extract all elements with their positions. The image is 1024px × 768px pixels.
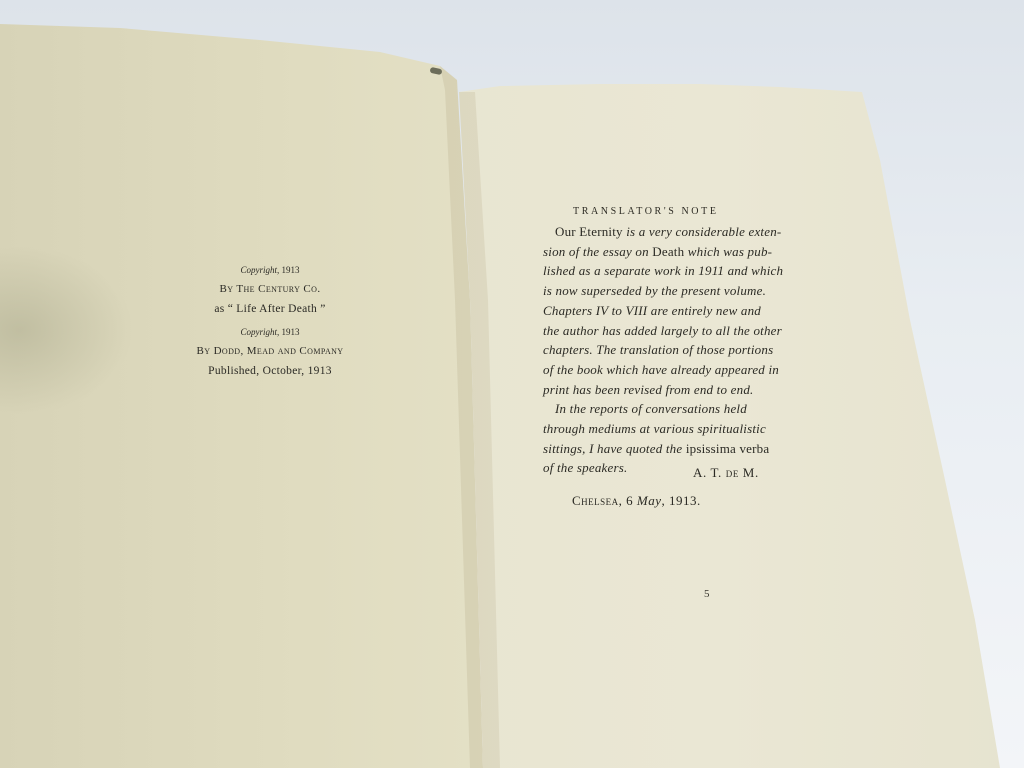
text-fragment: which was pub- bbox=[684, 244, 772, 259]
copyright-line-1: Copyright, 1913 bbox=[180, 264, 360, 276]
text-fragment: is a very considerable exten- bbox=[623, 224, 782, 239]
dateline-place: Chelsea bbox=[572, 493, 619, 508]
original-title-note: as “ Life After Death ” bbox=[180, 302, 360, 316]
copyright-label: Copyright bbox=[240, 265, 277, 275]
book-photo: Copyright, 1913 By The Century Co. as “ … bbox=[0, 0, 1024, 768]
text-line: sion of the essay on Death which was pub… bbox=[543, 242, 805, 262]
translator-signature: A. T. de M. bbox=[693, 465, 759, 481]
copyright-line-2: Copyright, 1913 bbox=[180, 326, 360, 338]
page-number: 5 bbox=[704, 588, 710, 600]
publication-date: Published, October, 1913 bbox=[180, 364, 360, 378]
dateline-year: , 1913. bbox=[662, 493, 701, 508]
copyright-year: , 1913 bbox=[277, 265, 300, 275]
publisher-dodd-mead: By Dodd, Mead and Company bbox=[180, 344, 360, 358]
dateline: Chelsea, 6 May, 1913. bbox=[572, 493, 701, 509]
page-heading: Translator's Note bbox=[573, 206, 719, 217]
text-line: is now superseded by the present volume. bbox=[543, 281, 805, 301]
latin-phrase: ipsissima verba bbox=[686, 441, 770, 456]
copyright-block: Copyright, 1913 By The Century Co. as “ … bbox=[180, 264, 360, 378]
dateline-month: May bbox=[637, 493, 662, 508]
text-line: sittings, I have quoted the ipsissima ve… bbox=[543, 439, 805, 459]
text-line: of the speakers. bbox=[543, 458, 805, 478]
copyright-label: Copyright bbox=[240, 327, 277, 337]
text-fragment: sittings, I have quoted the bbox=[543, 441, 686, 456]
translators-note-body: Our Eternity is a very considerable exte… bbox=[543, 222, 805, 478]
book-title: Our Eternity bbox=[555, 224, 623, 239]
text-line: print has been revised from end to end. bbox=[543, 380, 805, 400]
text-line: Chapters IV to VIII are entirely new and bbox=[543, 301, 805, 321]
text-line: the author has added largely to all the … bbox=[543, 321, 805, 341]
signature-part: A. T. bbox=[693, 465, 726, 480]
text-line: of the book which have already appeared … bbox=[543, 360, 805, 380]
text-line: lished as a separate work in 1911 and wh… bbox=[543, 261, 805, 281]
dateline-day: , 6 bbox=[619, 493, 637, 508]
text-fragment: sion of the essay on bbox=[543, 244, 652, 259]
signature-part: M. bbox=[739, 465, 759, 480]
publisher-century: By The Century Co. bbox=[180, 282, 360, 296]
copyright-year: , 1913 bbox=[277, 327, 300, 337]
text-line: In the reports of conversations held bbox=[543, 399, 805, 419]
signature-particle: de bbox=[726, 465, 739, 480]
text-line: Our Eternity is a very considerable exte… bbox=[543, 222, 805, 242]
essay-title: Death bbox=[652, 244, 684, 259]
text-line: through mediums at various spiritualisti… bbox=[543, 419, 805, 439]
text-line: chapters. The translation of those porti… bbox=[543, 340, 805, 360]
